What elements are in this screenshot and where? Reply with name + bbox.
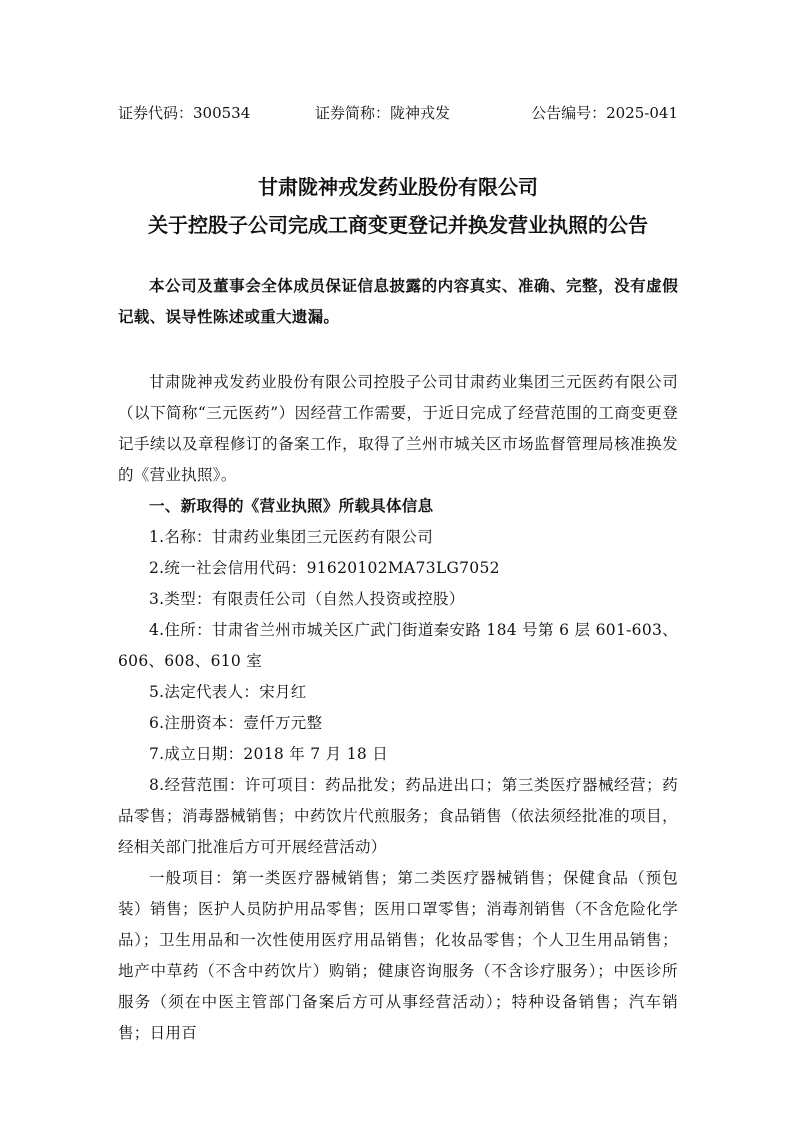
stock-abbreviation: 证券简称：陇神戎发: [315, 102, 450, 123]
intro-paragraph: 甘肃陇神戎发药业股份有限公司控股子公司甘肃药业集团三元医药有限公司（以下简称“三…: [118, 367, 678, 491]
announcement-header: 证券代码：300534 证券简称：陇神戎发 公告编号：2025-041: [118, 102, 678, 124]
license-item-legal-rep: 5.法定代表人：宋月红: [118, 677, 678, 708]
license-item-established-date: 7.成立日期：2018 年 7 月 18 日: [118, 739, 678, 770]
announcement-number: 公告编号：2025-041: [531, 102, 678, 123]
license-item-credit-code: 2.统一社会信用代码：91620102MA73LG7052: [118, 553, 678, 584]
license-item-name: 1.名称：甘肃药业集团三元医药有限公司: [118, 522, 678, 553]
board-statement: 本公司及董事会全体成员保证信息披露的内容真实、准确、完整，没有虚假记载、误导性陈…: [118, 271, 678, 333]
stock-code: 证券代码：300534: [118, 102, 250, 123]
section-heading: 一、新取得的《营业执照》所载具体信息: [118, 491, 678, 522]
license-item-type: 3.类型：有限责任公司（自然人投资或控股）: [118, 584, 678, 615]
company-title: 甘肃陇神戎发药业股份有限公司: [118, 171, 678, 200]
announcement-title: 关于控股子公司完成工商变更登记并换发营业执照的公告: [118, 209, 678, 238]
license-item-business-scope: 8.经营范围：许可项目：药品批发；药品进出口；第三类医疗器械经营；药品零售；消毒…: [118, 770, 678, 863]
license-item-capital: 6.注册资本：壹仟万元整: [118, 708, 678, 739]
license-item-address: 4.住所：甘肃省兰州市城关区广武门街道秦安路 184 号第 6 层 601-60…: [118, 615, 678, 677]
license-item-general-scope: 一般项目：第一类医疗器械销售；第二类医疗器械销售；保健食品（预包装）销售；医护人…: [118, 863, 678, 1049]
